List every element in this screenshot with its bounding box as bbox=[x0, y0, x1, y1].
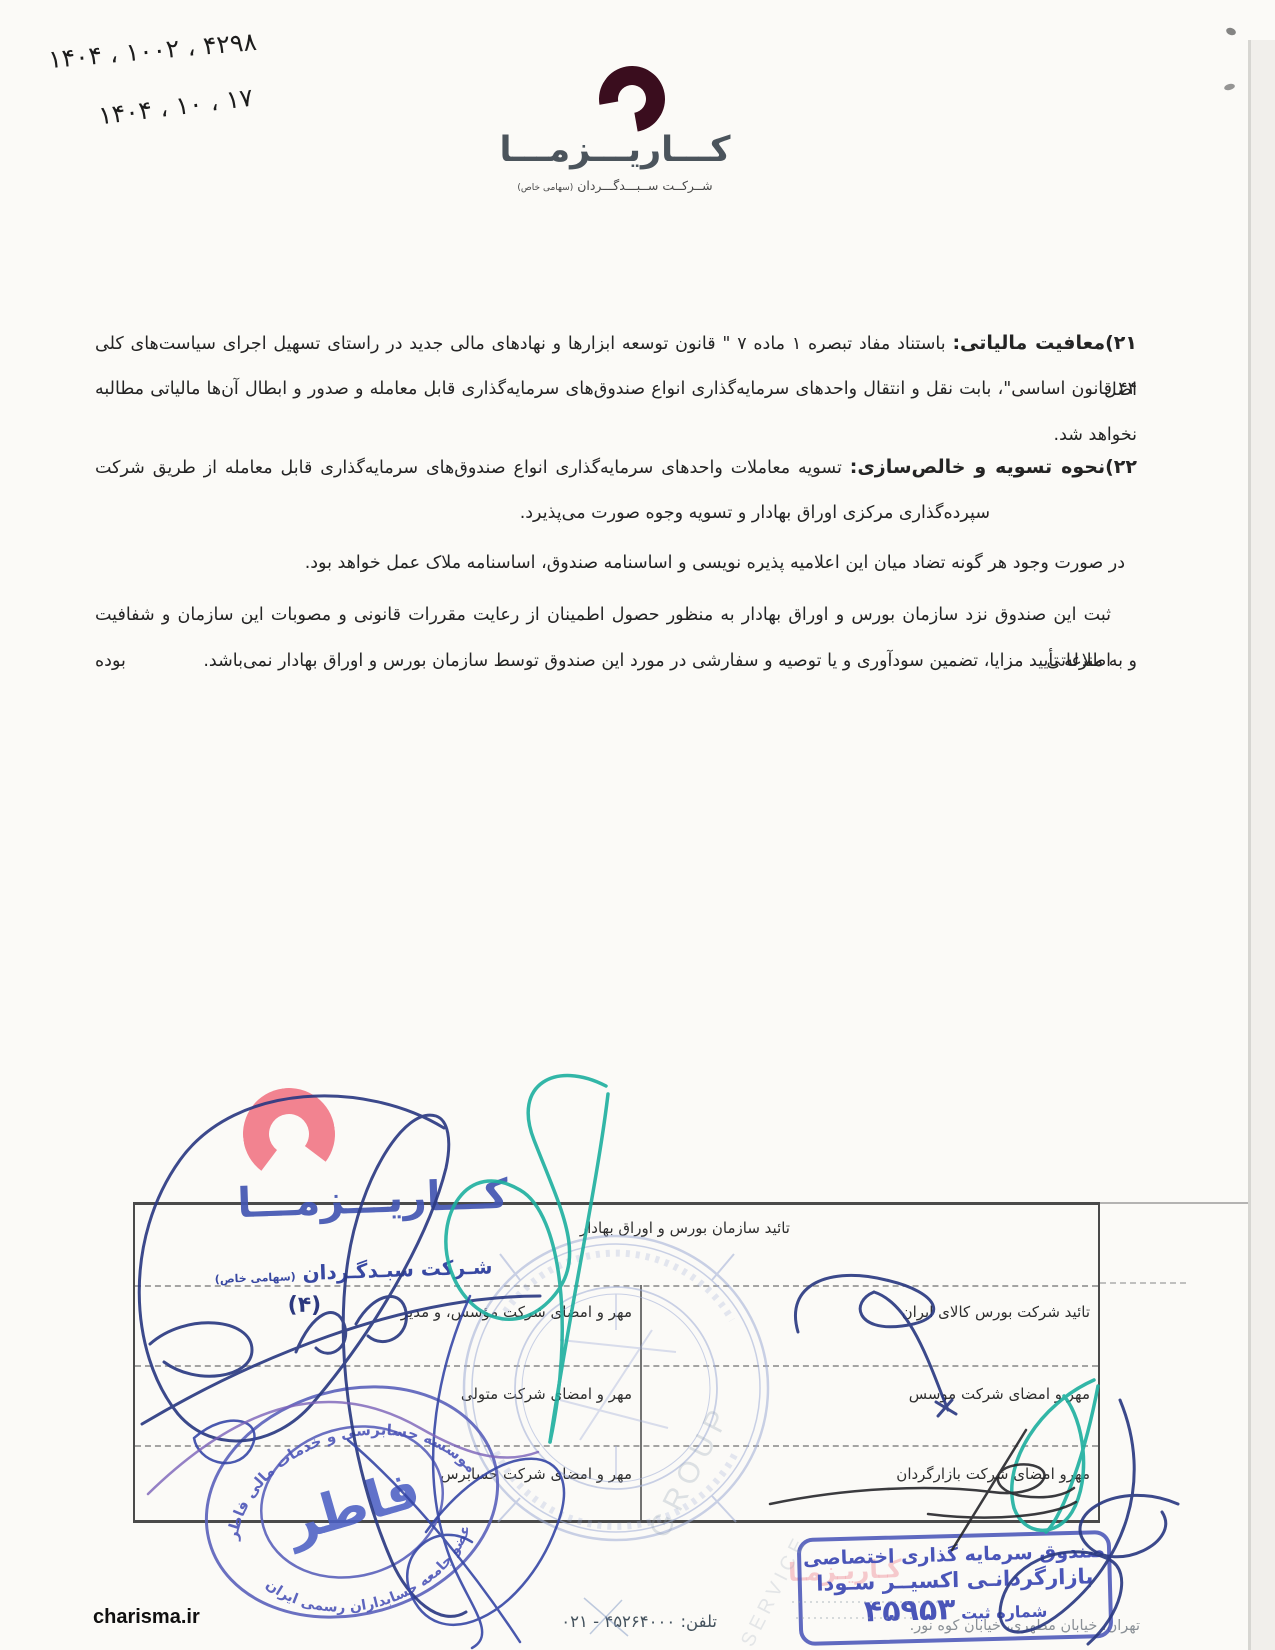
fund-registration-stamp: صندوق سرمایه گذاری اختصاصی بازارگردانـی … bbox=[797, 1530, 1114, 1646]
table-row-divider bbox=[135, 1365, 1098, 1367]
clause-22-text1: تسویه معاملات واحدهای سرمایه‌گذاری انواع… bbox=[95, 458, 842, 478]
sec-registration-note: ثبت این صندوق نزد سازمان بورس و اوراق به… bbox=[95, 592, 1137, 684]
logo-subtitle-main: شــرکــت ســبـــدگـــردان bbox=[577, 178, 712, 193]
clause-22-number: ۲۲) bbox=[1105, 456, 1137, 478]
conflict-note: در صورت وجود هر گونه تضاد میان این اعلام… bbox=[95, 540, 1137, 586]
sec-note-line2: و به منزله تأیید مزایا، تضمین سودآوری و … bbox=[95, 638, 1137, 684]
sec-note-line1: ثبت این صندوق نزد سازمان بورس و اوراق به… bbox=[95, 592, 1137, 638]
scan-line-artifact bbox=[1100, 1282, 1186, 1284]
table-header-sec-approval: تائید سازمان بورس و اوراق بهادار bbox=[580, 1219, 790, 1237]
charisma-c-stamp-icon bbox=[237, 1082, 341, 1186]
cell-trustee-seal: مهر و امضای شرکت متولی bbox=[461, 1385, 632, 1403]
scan-smudge bbox=[1225, 27, 1237, 37]
approval-table: تائید سازمان بورس و اوراق بهادار تائید ش… bbox=[133, 1202, 1100, 1523]
clause-21-heading: معافیت مالیاتی: bbox=[952, 332, 1105, 354]
table-column-divider bbox=[640, 1285, 642, 1520]
clause-22-heading: نحوه تسویه و خالص‌سازی: bbox=[850, 456, 1105, 478]
charisma-stamp-company-paren: (سهامی خاص) bbox=[215, 1270, 296, 1286]
handwritten-reference-number: ۱۴۰۴ ، ۱۰۰۲ ، ۴۲۹۸ bbox=[47, 27, 258, 74]
registration-number: ۴۵۹۵۳ bbox=[863, 1592, 955, 1629]
clause-22-line1: ۲۲)نحوه تسویه و خالص‌سازی: تسویه معاملات… bbox=[95, 444, 1137, 490]
cell-commodity-exchange-approval: تائید شرکت بورس کالای ایران bbox=[902, 1303, 1090, 1321]
auditor-stamp-bottom-text: عضو جامعه حسابداران رسمی ایران bbox=[260, 1520, 489, 1640]
cell-market-maker-seal: مهرو امضای شرکت بازارگردان bbox=[896, 1465, 1090, 1483]
cell-founder-and-manager-seal: مهر و امضای شرکت مؤسس، و مدیر bbox=[401, 1303, 632, 1321]
logo-subtitle: شــرکــت ســبـــدگـــردان (سهامی خاص) bbox=[455, 178, 775, 193]
clause-22-line2: سپرده‌گذاری مرکزی اوراق بهادار و تسویه و… bbox=[95, 490, 1137, 536]
handwritten-date: ۱۴۰۴ ، ۱۰ ، ۱۷ bbox=[97, 83, 255, 131]
cell-founder-seal: مهر و امضای شرکت موسس bbox=[909, 1385, 1090, 1403]
table-row-divider bbox=[135, 1445, 1098, 1447]
registration-label: شماره ثبت bbox=[961, 1602, 1048, 1623]
scan-smudge bbox=[1223, 83, 1235, 92]
website-url: charisma.ir bbox=[93, 1606, 200, 1629]
logo-subtitle-paren: (سهامی خاص) bbox=[517, 183, 573, 193]
clause-21: ۲۱)معافیت مالیاتی: باستناد مفاد تبصره ۱ … bbox=[95, 320, 1137, 458]
clause-21-line2: ۴۴ قانون اساسی"، بابت نقل و انتقال واحده… bbox=[95, 366, 1137, 412]
footer-phone: تلفن: ۴۵۲۶۴۰۰۰ - ۰۲۱ bbox=[561, 1612, 717, 1631]
logo-title: کـــاریـــزمـــا bbox=[455, 130, 775, 170]
clause-22: ۲۲)نحوه تسویه و خالص‌سازی: تسویه معاملات… bbox=[95, 444, 1137, 536]
cell-auditor-seal: مهر و امضای شرکت حسابرس bbox=[440, 1465, 632, 1483]
handwritten-number-4: (۴) bbox=[288, 1293, 322, 1319]
scanned-document-page: ۱۴۰۴ ، ۱۰۰۲ ، ۴۲۹۸ ۱۴۰۴ ، ۱۰ ، ۱۷ کـــار… bbox=[0, 0, 1275, 1650]
page-edge bbox=[1251, 40, 1275, 1650]
clause-21-line1: ۲۱)معافیت مالیاتی: باستناد مفاد تبصره ۱ … bbox=[95, 320, 1137, 366]
scan-line-artifact bbox=[1100, 1202, 1248, 1204]
svg-text:عضو جامعه حسابداران رسمی ایران: عضو جامعه حسابداران رسمی ایران bbox=[260, 1520, 489, 1640]
clause-21-number: ۲۱) bbox=[1105, 332, 1137, 354]
